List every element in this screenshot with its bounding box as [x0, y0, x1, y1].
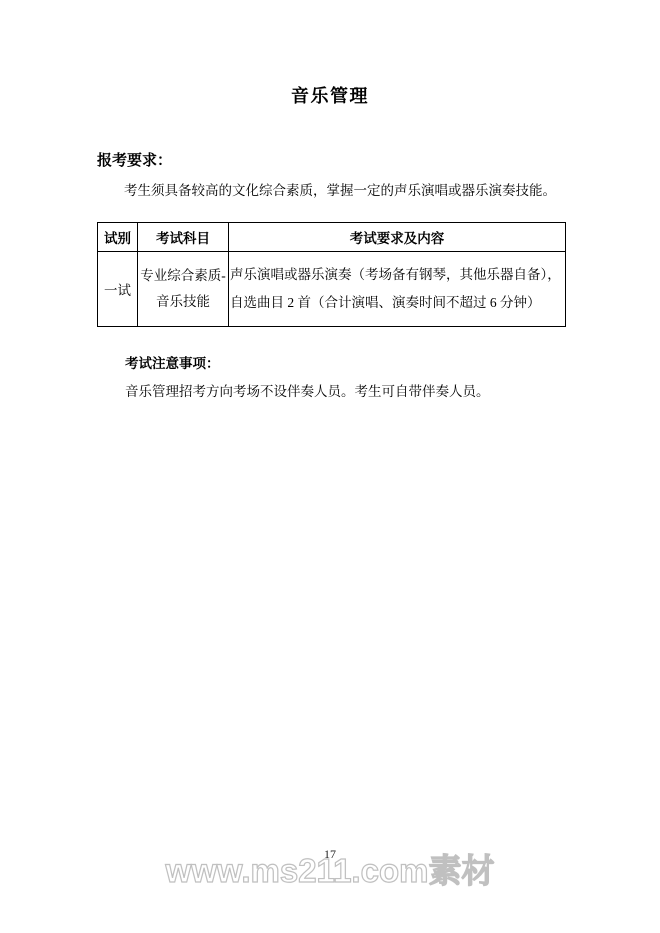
- notes-paragraph: 音乐管理招考方向考场不设伴奏人员。考生可自带伴奏人员。: [125, 380, 490, 400]
- exam-table-cell-test: 一试: [98, 252, 138, 327]
- exam-table-header-test: 试别: [98, 223, 138, 252]
- notes-heading: 考试注意事项：: [125, 352, 220, 372]
- subject-line: 音乐技能: [138, 289, 228, 315]
- document-page: 音乐管理 报考要求： 考生须具备较高的文化综合素质，掌握一定的声乐演唱或器乐演奏…: [0, 0, 660, 933]
- requirements-paragraph: 考生须具备较高的文化综合素质，掌握一定的声乐演唱或器乐演奏技能。: [97, 181, 569, 200]
- requirements-heading: 报考要求：: [97, 149, 172, 170]
- page-number: 17: [0, 847, 660, 862]
- subject-line: 专业综合素质-: [138, 263, 228, 289]
- exam-table-header-content: 考试要求及内容: [229, 223, 566, 252]
- exam-table: 试别 考试科目 考试要求及内容 一试 专业综合素质- 音乐技能 声乐演唱或器乐演…: [97, 222, 566, 327]
- exam-table-cell-content: 声乐演唱或器乐演奏（考场备有钢琴，其他乐器自备）， 自选曲目 2 首（合计演唱、…: [229, 252, 566, 327]
- page-title: 音乐管理: [0, 82, 660, 108]
- exam-table-cell-subject: 专业综合素质- 音乐技能: [138, 252, 229, 327]
- exam-table-header-subject: 考试科目: [138, 223, 229, 252]
- table-row: 一试 专业综合素质- 音乐技能 声乐演唱或器乐演奏（考场备有钢琴，其他乐器自备）…: [98, 252, 566, 327]
- content-line: 声乐演唱或器乐演奏（考场备有钢琴，其他乐器自备），: [230, 261, 564, 289]
- content-line: 自选曲目 2 首（合计演唱、演奏时间不超过 6 分钟）: [230, 289, 564, 317]
- exam-table-header-row: 试别 考试科目 考试要求及内容: [98, 223, 566, 252]
